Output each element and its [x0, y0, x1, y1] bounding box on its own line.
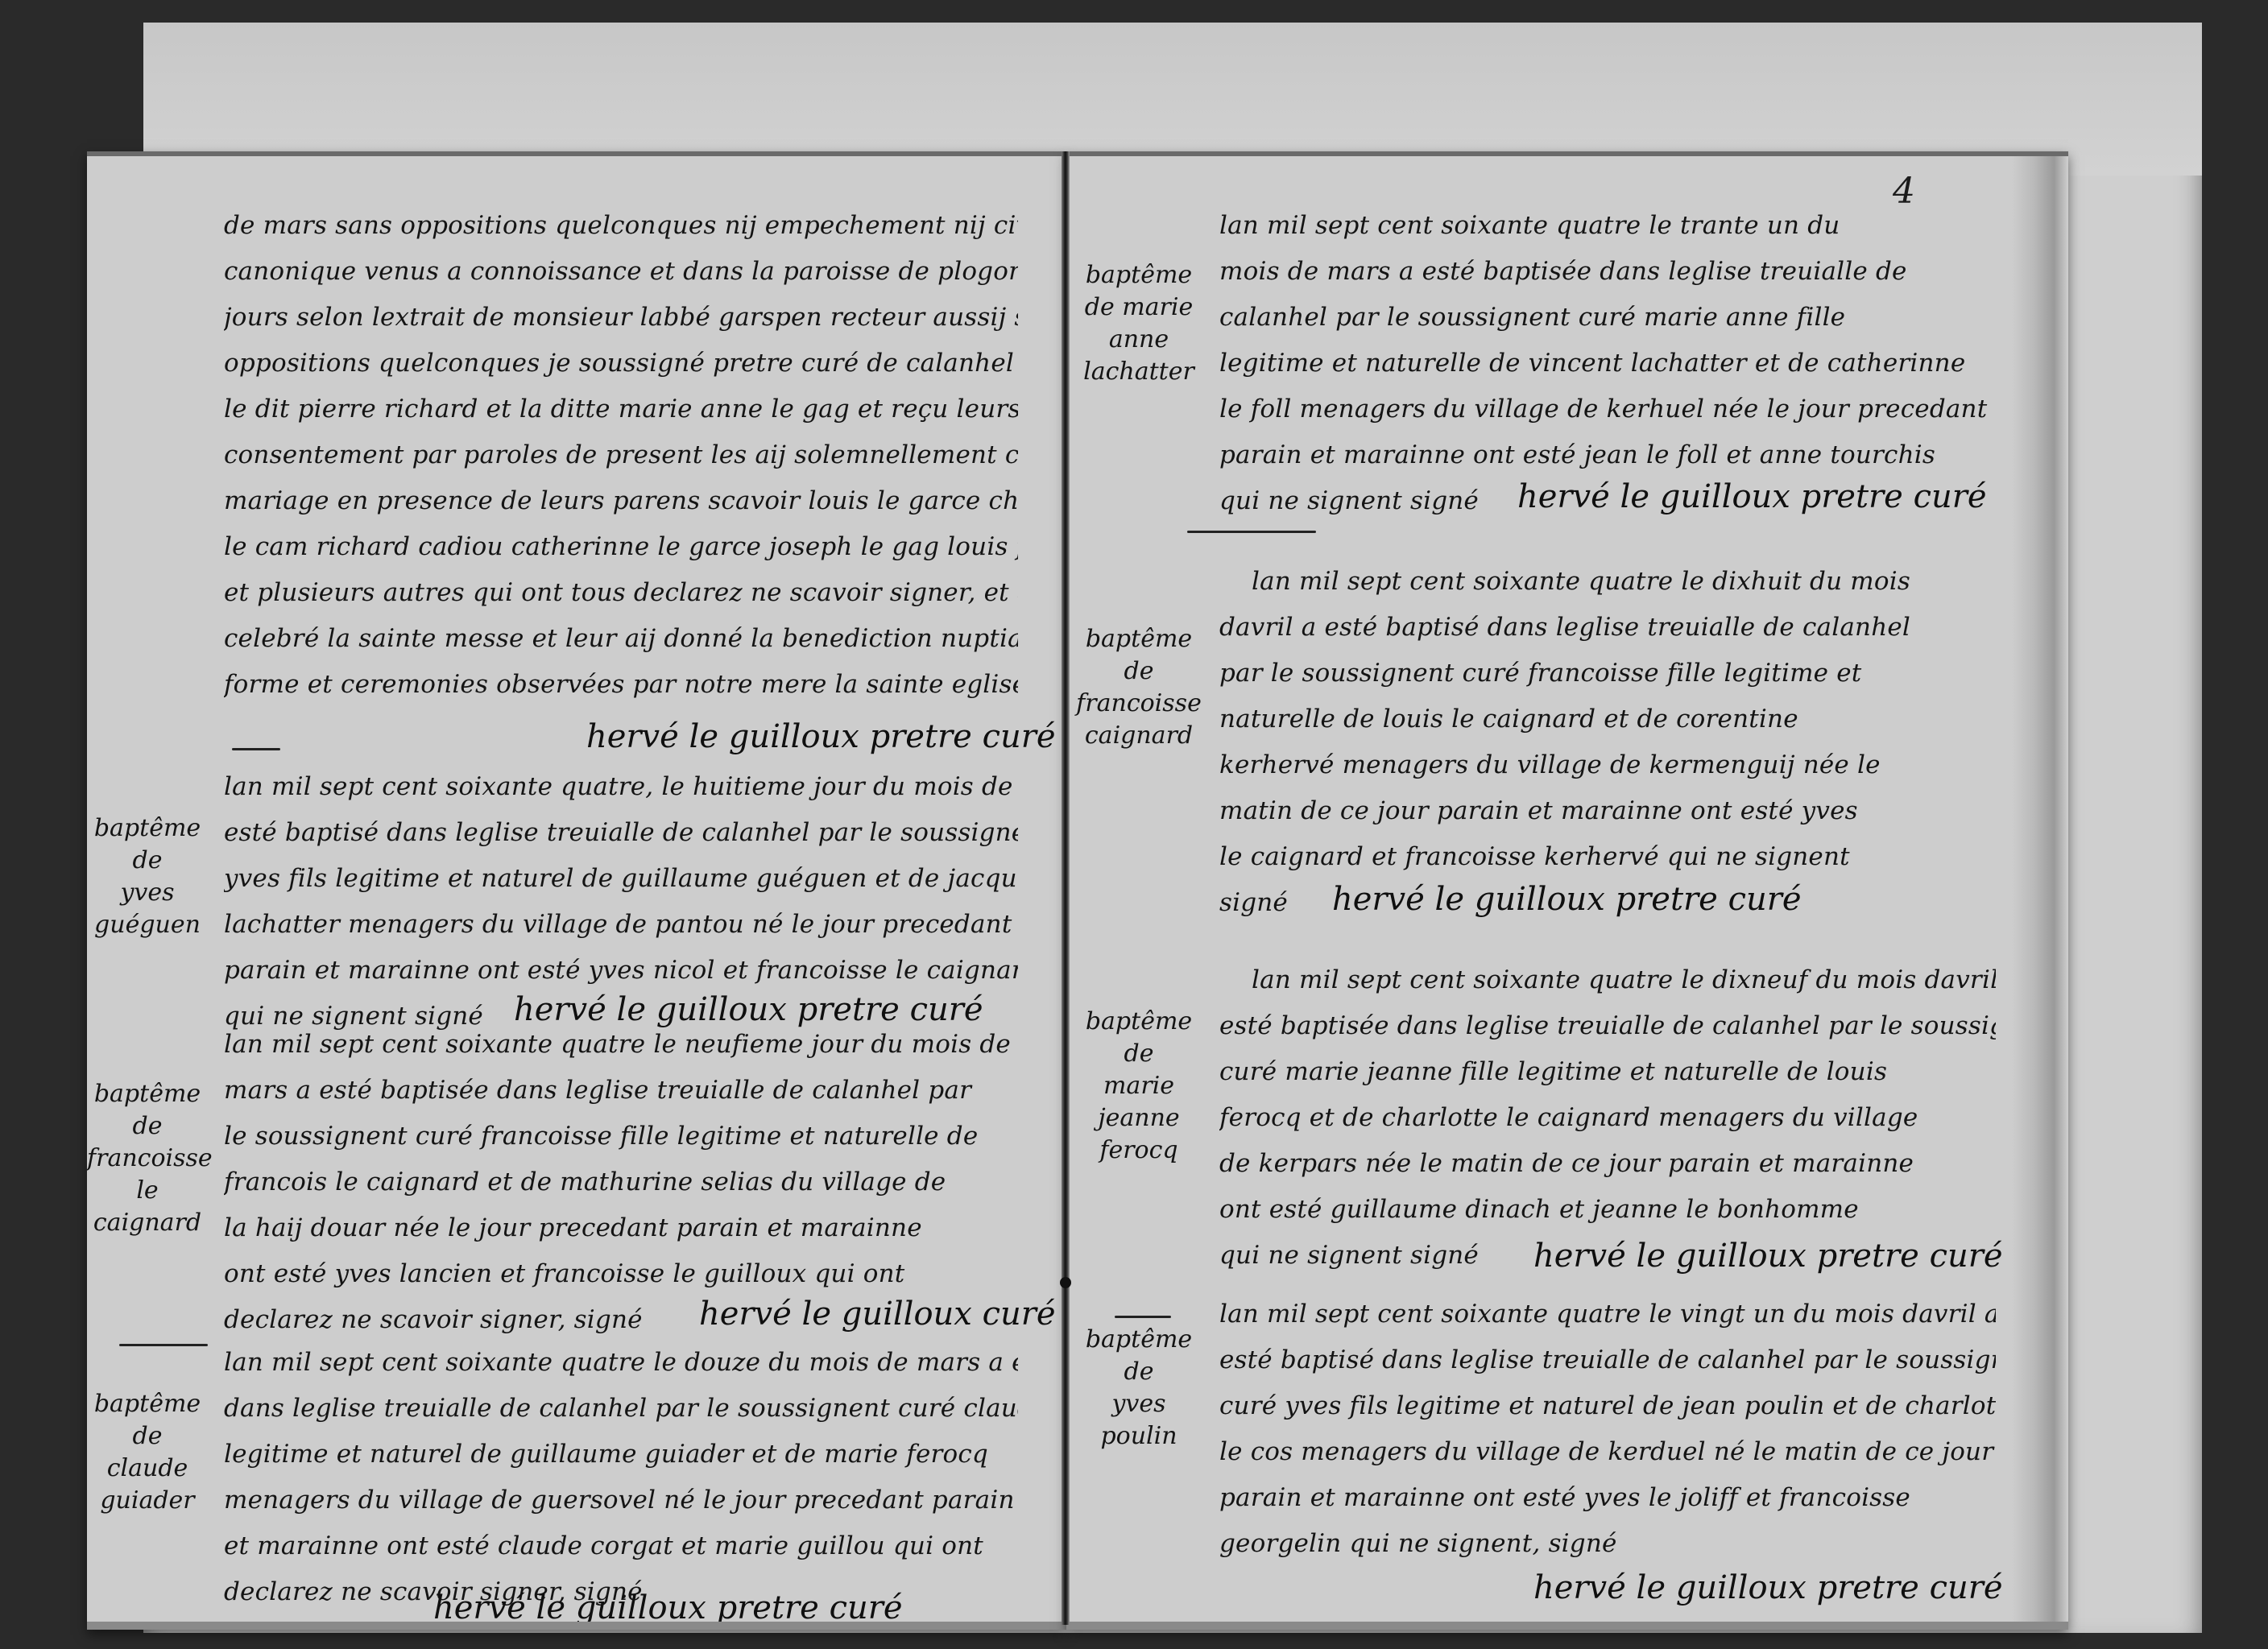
- priest-signature: hervé le guilloux pretre curé: [1533, 1569, 2003, 1606]
- margin-note-line: lachatter: [1074, 356, 1203, 388]
- binding-gutter: [1062, 151, 1070, 1625]
- text-line: et plusieurs autres qui ont tous declare…: [224, 570, 1018, 616]
- margin-note-line: de: [1074, 1356, 1203, 1388]
- entry-body: lan mil sept cent soixante quatre le dix…: [1219, 559, 1996, 926]
- text-line: lan mil sept cent soixante quatre le dix…: [1219, 957, 1996, 1003]
- text-line: parain et marainne ont esté yves le joli…: [1219, 1475, 1996, 1521]
- margin-note-line: de: [87, 845, 208, 877]
- text-line: curé marie jeanne fille legitime et natu…: [1219, 1049, 1996, 1095]
- text-line: yves fils legitime et naturel de guillau…: [224, 856, 1018, 902]
- text-line: curé yves fils legitime et naturel de je…: [1219, 1383, 1996, 1429]
- margin-note: baptême de yves guéguen: [87, 812, 208, 941]
- entry-divider: [119, 1344, 208, 1346]
- text-line: esté baptisée dans leglise treuialle de …: [1219, 1003, 1996, 1049]
- text-line: oppositions quelconques je soussigné pre…: [224, 341, 1018, 386]
- text-line: menagers du village de guersovel né le j…: [224, 1477, 1018, 1523]
- text-line: lan mil sept cent soixante quatre le vin…: [1219, 1292, 1996, 1337]
- text-line: mois de mars a esté baptisée dans leglis…: [1219, 249, 1996, 295]
- entry-divider: [232, 748, 280, 750]
- priest-signature: hervé le guilloux pretre curé: [586, 718, 1056, 755]
- margin-note-line: caignard: [87, 1207, 208, 1239]
- margin-note-line: yves: [1074, 1388, 1203, 1420]
- text-line: parain et marainne ont esté jean le foll…: [1219, 432, 1996, 478]
- margin-note-line: baptême: [1074, 1324, 1203, 1356]
- margin-note-line: francoisse: [87, 1143, 208, 1175]
- text-line: le cos menagers du village de kerduel né…: [1219, 1429, 1996, 1475]
- margin-note: baptême de claude guiader: [87, 1388, 208, 1517]
- text-line: par le soussignent curé francoisse fille…: [1219, 651, 1996, 696]
- margin-note: baptême de yves poulin: [1074, 1324, 1203, 1453]
- text-line: davril a esté baptisé dans leglise treui…: [1219, 605, 1996, 651]
- margin-note-line: poulin: [1074, 1420, 1203, 1453]
- margin-note-line: claude: [87, 1453, 208, 1485]
- text-line: le dit pierre richard et la ditte marie …: [224, 386, 1018, 432]
- entry-body: lan mil sept cent soixante quatre le tra…: [1219, 203, 1996, 524]
- margin-note: baptême de marie anne lachatter: [1074, 259, 1203, 388]
- text-line: parain et marainne ont esté yves nicol e…: [224, 948, 1018, 994]
- entry-divider: [1115, 1316, 1171, 1318]
- text-line: jours selon lextrait de monsieur labbé g…: [224, 295, 1018, 341]
- margin-note-line: caignard: [1074, 720, 1203, 752]
- text-line: le cam richard cadiou catherinne le garc…: [224, 524, 1018, 570]
- text-line: ferocq et de charlotte le caignard menag…: [1219, 1095, 1996, 1141]
- text-line: lachatter menagers du village de pantou …: [224, 902, 1018, 948]
- margin-note-line: de marie: [1074, 291, 1203, 324]
- margin-note: baptême de francoisse le caignard: [87, 1078, 208, 1239]
- text-line: et marainne ont esté claude corgat et ma…: [224, 1523, 1018, 1569]
- margin-note-line: baptême: [87, 812, 208, 845]
- binding-thread: [1060, 1277, 1071, 1288]
- text-line: de kerpars née le matin de ce jour parai…: [1219, 1141, 1996, 1187]
- text-line: georgelin qui ne signent, signé: [1219, 1521, 1996, 1567]
- margin-note-line: anne: [1074, 324, 1203, 356]
- text-line: kerhervé menagers du village de kermengu…: [1219, 742, 1996, 788]
- entry-divider: [1187, 531, 1316, 533]
- priest-signature: hervé le guilloux pretre curé: [1533, 1238, 2003, 1275]
- text-line: matin de ce jour parain et marainne ont …: [1219, 788, 1996, 834]
- right-page: 4 baptême de marie anne lachatter lan mi…: [1066, 151, 2068, 1630]
- margin-note-line: de: [1074, 655, 1203, 688]
- priest-signature: hervé le guilloux pretre curé: [1332, 881, 1802, 918]
- text-line: naturelle de louis le caignard et de cor…: [1219, 696, 1996, 742]
- margin-note-line: de: [1074, 1038, 1203, 1070]
- text-line: esté baptisé dans leglise treuialle de c…: [1219, 1337, 1996, 1383]
- text-line: ont esté guillaume dinach et jeanne le b…: [1219, 1187, 1996, 1233]
- entry-body: de mars sans oppositions quelconques nij…: [224, 203, 1018, 708]
- text-line: de mars sans oppositions quelconques nij…: [224, 203, 1018, 249]
- text-line: ont esté yves lancien et francoisse le g…: [224, 1251, 1018, 1297]
- entry-body: lan mil sept cent soixante quatre le dou…: [224, 1340, 1018, 1615]
- margin-note-line: guiader: [87, 1485, 208, 1517]
- text-line: lan mil sept cent soixante quatre le tra…: [1219, 203, 1996, 249]
- text-line: le foll menagers du village de kerhuel n…: [1219, 386, 1996, 432]
- margin-note-line: baptême: [1074, 623, 1203, 655]
- text-line: la haij douar née le jour precedant para…: [224, 1205, 1018, 1251]
- margin-note-line: de: [87, 1110, 208, 1143]
- text-line: le soussignent curé francoisse fille leg…: [224, 1114, 1018, 1159]
- margin-note: baptême de marie jeanne ferocq: [1074, 1006, 1203, 1167]
- text-line: consentement par paroles de present les …: [224, 432, 1018, 478]
- margin-note-line: baptême: [87, 1388, 208, 1420]
- text-line: francois le caignard et de mathurine sel…: [224, 1159, 1018, 1205]
- text-line: canonique venus a connoissance et dans l…: [224, 249, 1018, 295]
- priest-signature: hervé le guilloux pretre curé: [433, 1589, 903, 1626]
- text-line: calanhel par le soussignent curé marie a…: [1219, 295, 1996, 341]
- text-line: lan mil sept cent soixante quatre le dix…: [1219, 559, 1996, 605]
- text-line: lan mil sept cent soixante quatre le neu…: [224, 1022, 1018, 1068]
- text-line: lan mil sept cent soixante quatre, le hu…: [224, 764, 1018, 810]
- margin-note-line: de: [87, 1420, 208, 1453]
- margin-note: baptême de francoisse caignard: [1074, 623, 1203, 752]
- text-line: legitime et naturel de guillaume guiader…: [224, 1432, 1018, 1477]
- margin-note-line: baptême: [1074, 1006, 1203, 1038]
- text-line: mars a esté baptisée dans leglise treuia…: [224, 1068, 1018, 1114]
- priest-signature: hervé le guilloux curé: [699, 1296, 1056, 1333]
- priest-signature: hervé le guilloux pretre curé: [1517, 478, 1987, 515]
- text-line: celebré la sainte messe et leur aij donn…: [224, 616, 1018, 662]
- margin-note-line: ferocq: [1074, 1134, 1203, 1167]
- text-line: legitime et naturelle de vincent lachatt…: [1219, 341, 1996, 386]
- torn-page-edge: [2012, 156, 2068, 1622]
- margin-note-line: guéguen: [87, 909, 208, 941]
- margin-note-line: yves: [87, 877, 208, 909]
- margin-note-line: francoisse: [1074, 688, 1203, 720]
- text-line: lan mil sept cent soixante quatre le dou…: [224, 1340, 1018, 1386]
- margin-note-line: baptême: [87, 1078, 208, 1110]
- entry-body: lan mil sept cent soixante quatre le vin…: [1219, 1292, 1996, 1567]
- margin-note-line: marie jeanne: [1074, 1070, 1203, 1134]
- margin-note-line: le: [87, 1175, 208, 1207]
- register-spread: de mars sans oppositions quelconques nij…: [87, 151, 2068, 1630]
- entry-body: lan mil sept cent soixante quatre le dix…: [1219, 957, 1996, 1279]
- text-line: mariage en presence de leurs parens scav…: [224, 478, 1018, 524]
- text-line: forme et ceremonies observées par notre …: [224, 662, 1018, 708]
- margin-note-line: baptême: [1074, 259, 1203, 291]
- text-line: dans leglise treuialle de calanhel par l…: [224, 1386, 1018, 1432]
- text-line: le caignard et francoisse kerhervé qui n…: [1219, 834, 1996, 880]
- text-line: esté baptisé dans leglise treuialle de c…: [224, 810, 1018, 856]
- left-page: de mars sans oppositions quelconques nij…: [87, 151, 1066, 1630]
